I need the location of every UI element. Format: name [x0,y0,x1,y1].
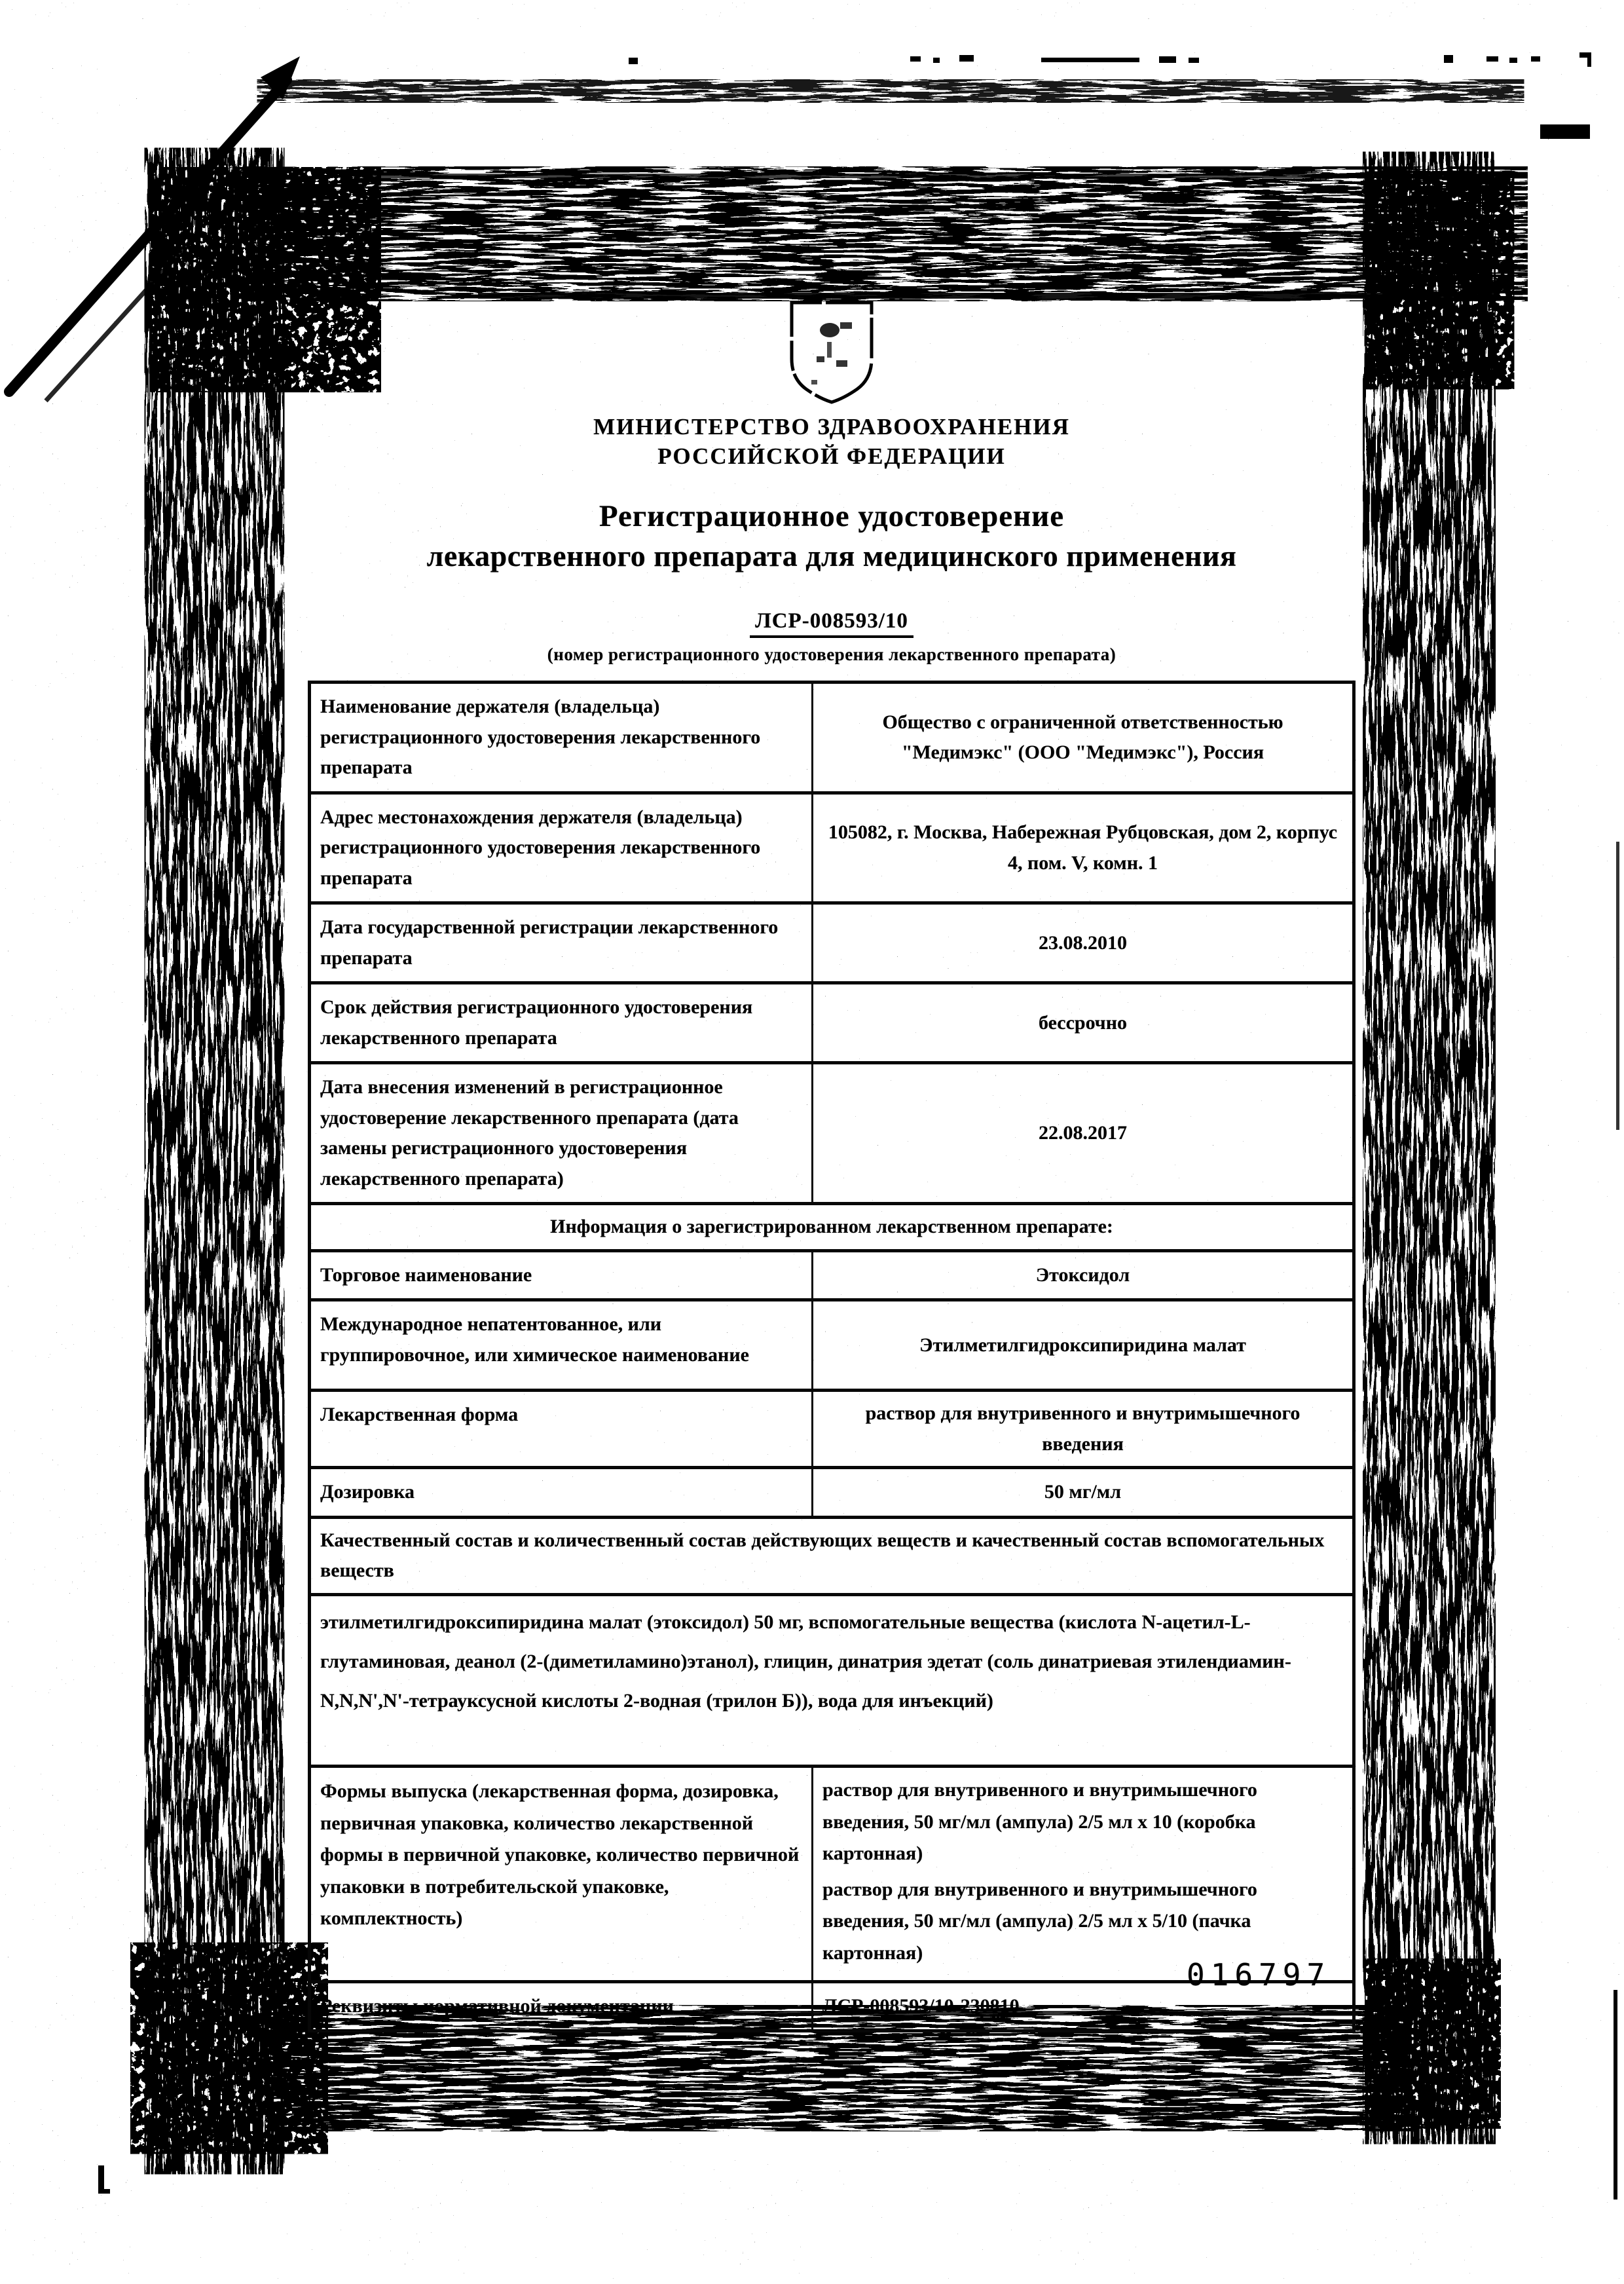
table-row: Международное непатентованное, или групп… [311,1298,1352,1389]
ministry-line2: РОССИЙСКОЙ ФЕДЕРАЦИИ [308,442,1356,472]
row-value: Общество с ограниченной ответственностью… [813,684,1352,791]
table-row: Дата государственной регистрации лекарст… [311,901,1352,981]
row-label: Международное непатентованное, или групп… [311,1301,813,1389]
table-row: Дата внесения изменений в регистрационно… [311,1061,1352,1202]
row-value: 23.08.2010 [813,905,1352,981]
scanned-certificate-page: МИНИСТЕРСТВО ЗДРАВООХРАНЕНИЯ РОССИЙСКОЙ … [0,0,1624,2284]
section-heading: Качественный состав и количественный сос… [311,1519,1352,1593]
row-label: Формы выпуска (лекарственная форма, дози… [311,1768,813,1980]
table-row: Лекарственная форма раствор для внутриве… [311,1389,1352,1466]
table-row: Формы выпуска (лекарственная форма, дози… [311,1765,1352,1980]
row-label: Реквизиты нормативной документации [311,1983,813,2030]
row-value: бессрочно [813,984,1352,1061]
document-title-line1: Регистрационное удостоверение [308,496,1356,536]
registration-number-caption: (номер регистрационного удостоверения ле… [308,645,1356,665]
row-value: 22.08.2017 [813,1064,1352,1202]
table-row: Срок действия регистрационного удостовер… [311,981,1352,1061]
row-label: Дозировка [311,1469,813,1516]
table-row: Наименование держателя (владельца) регис… [311,684,1352,791]
row-value: раствор для внутривенного и внутримышечн… [813,1392,1352,1466]
row-value: раствор для внутривенного и внутримышечн… [813,1768,1352,1980]
row-value: 105082, г. Москва, Набережная Рубцовская… [813,795,1352,902]
composition-text: этилметилгидроксипиридина малат (этоксид… [311,1596,1352,1765]
row-value: Этилметилгидроксипиридина малат [813,1301,1352,1389]
row-value: 50 мг/мл [813,1469,1352,1516]
table-section-row: Информация о зарегистрированном лекарств… [311,1202,1352,1249]
row-value: Этоксидол [813,1252,1352,1299]
row-label: Адрес местонахождения держателя (владель… [311,795,813,902]
table-row: Дозировка 50 мг/мл [311,1466,1352,1516]
table-row: Торговое наименование Этоксидол [311,1249,1352,1299]
table-section-row: Качественный состав и количественный сос… [311,1516,1352,1593]
row-label: Лекарственная форма [311,1392,813,1466]
row-label: Дата внесения изменений в регистрационно… [311,1064,813,1202]
section-heading: Информация о зарегистрированном лекарств… [311,1205,1352,1249]
release-form-2: раствор для внутривенного и внутримышечн… [822,1874,1338,1970]
certificate-serial-number: 016797 [1187,1957,1331,1993]
release-form-1: раствор для внутривенного и внутримышечн… [822,1774,1338,1870]
russia-coat-of-arms-icon [783,296,881,406]
ministry-line1: МИНИСТЕРСТВО ЗДРАВООХРАНЕНИЯ [308,413,1356,442]
table-text-row: этилметилгидроксипиридина малат (этоксид… [311,1593,1352,1765]
row-label: Торговое наименование [311,1252,813,1299]
row-label: Наименование держателя (владельца) регис… [311,684,813,791]
document-title-line2: лекарственного препарата для медицинског… [308,536,1356,576]
certificate-table: Наименование держателя (владельца) регис… [308,681,1356,2032]
certificate-content: МИНИСТЕРСТВО ЗДРАВООХРАНЕНИЯ РОССИЙСКОЙ … [308,296,1356,2032]
row-label: Дата государственной регистрации лекарст… [311,905,813,981]
table-row: Адрес местонахождения держателя (владель… [311,791,1352,902]
row-label: Срок действия регистрационного удостовер… [311,984,813,1061]
registration-number: ЛСР-008593/10 [750,609,913,638]
